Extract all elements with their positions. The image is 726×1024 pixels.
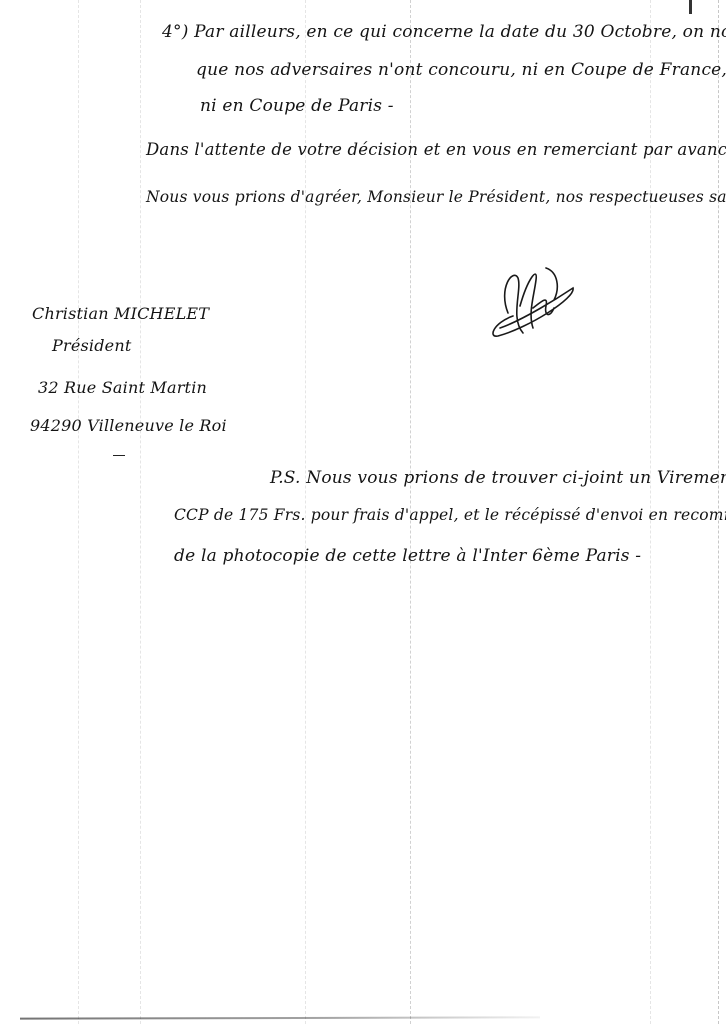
scanned-letter-page: 4°) Par ailleurs, en ce qui concerne la …	[0, 0, 726, 1024]
closing-line-1: Dans l'attente de votre décision et en v…	[146, 142, 726, 159]
postscript-line-1: P.S. Nous vous prions de trouver ci-join…	[270, 470, 726, 487]
scan-artifact-line	[140, 0, 141, 1024]
sender-city: 94290 Villeneuve le Roi	[30, 418, 227, 434]
sender-name: Christian MICHELET	[32, 306, 209, 322]
sender-title: Président	[52, 338, 131, 354]
postscript-line-2: CCP de 175 Frs. pour frais d'appel, et l…	[174, 508, 726, 524]
page-bottom-edge	[20, 1016, 540, 1019]
handwritten-signature-icon	[488, 258, 578, 343]
paragraph-4-line-2: que nos adversaires n'ont concouru, ni e…	[196, 62, 726, 79]
scan-artifact-line	[78, 0, 79, 1024]
sender-street: 32 Rue Saint Martin	[38, 380, 207, 396]
underline-mark	[113, 455, 125, 456]
closing-line-2: Nous vous prions d'agréer, Monsieur le P…	[146, 190, 726, 206]
paragraph-4-line-1: 4°) Par ailleurs, en ce qui concerne la …	[162, 24, 726, 41]
scan-edge-mark	[689, 0, 692, 14]
postscript-line-3: de la photocopie de cette lettre à l'Int…	[174, 548, 641, 565]
paragraph-4-line-3: ni en Coupe de Paris -	[200, 98, 394, 115]
